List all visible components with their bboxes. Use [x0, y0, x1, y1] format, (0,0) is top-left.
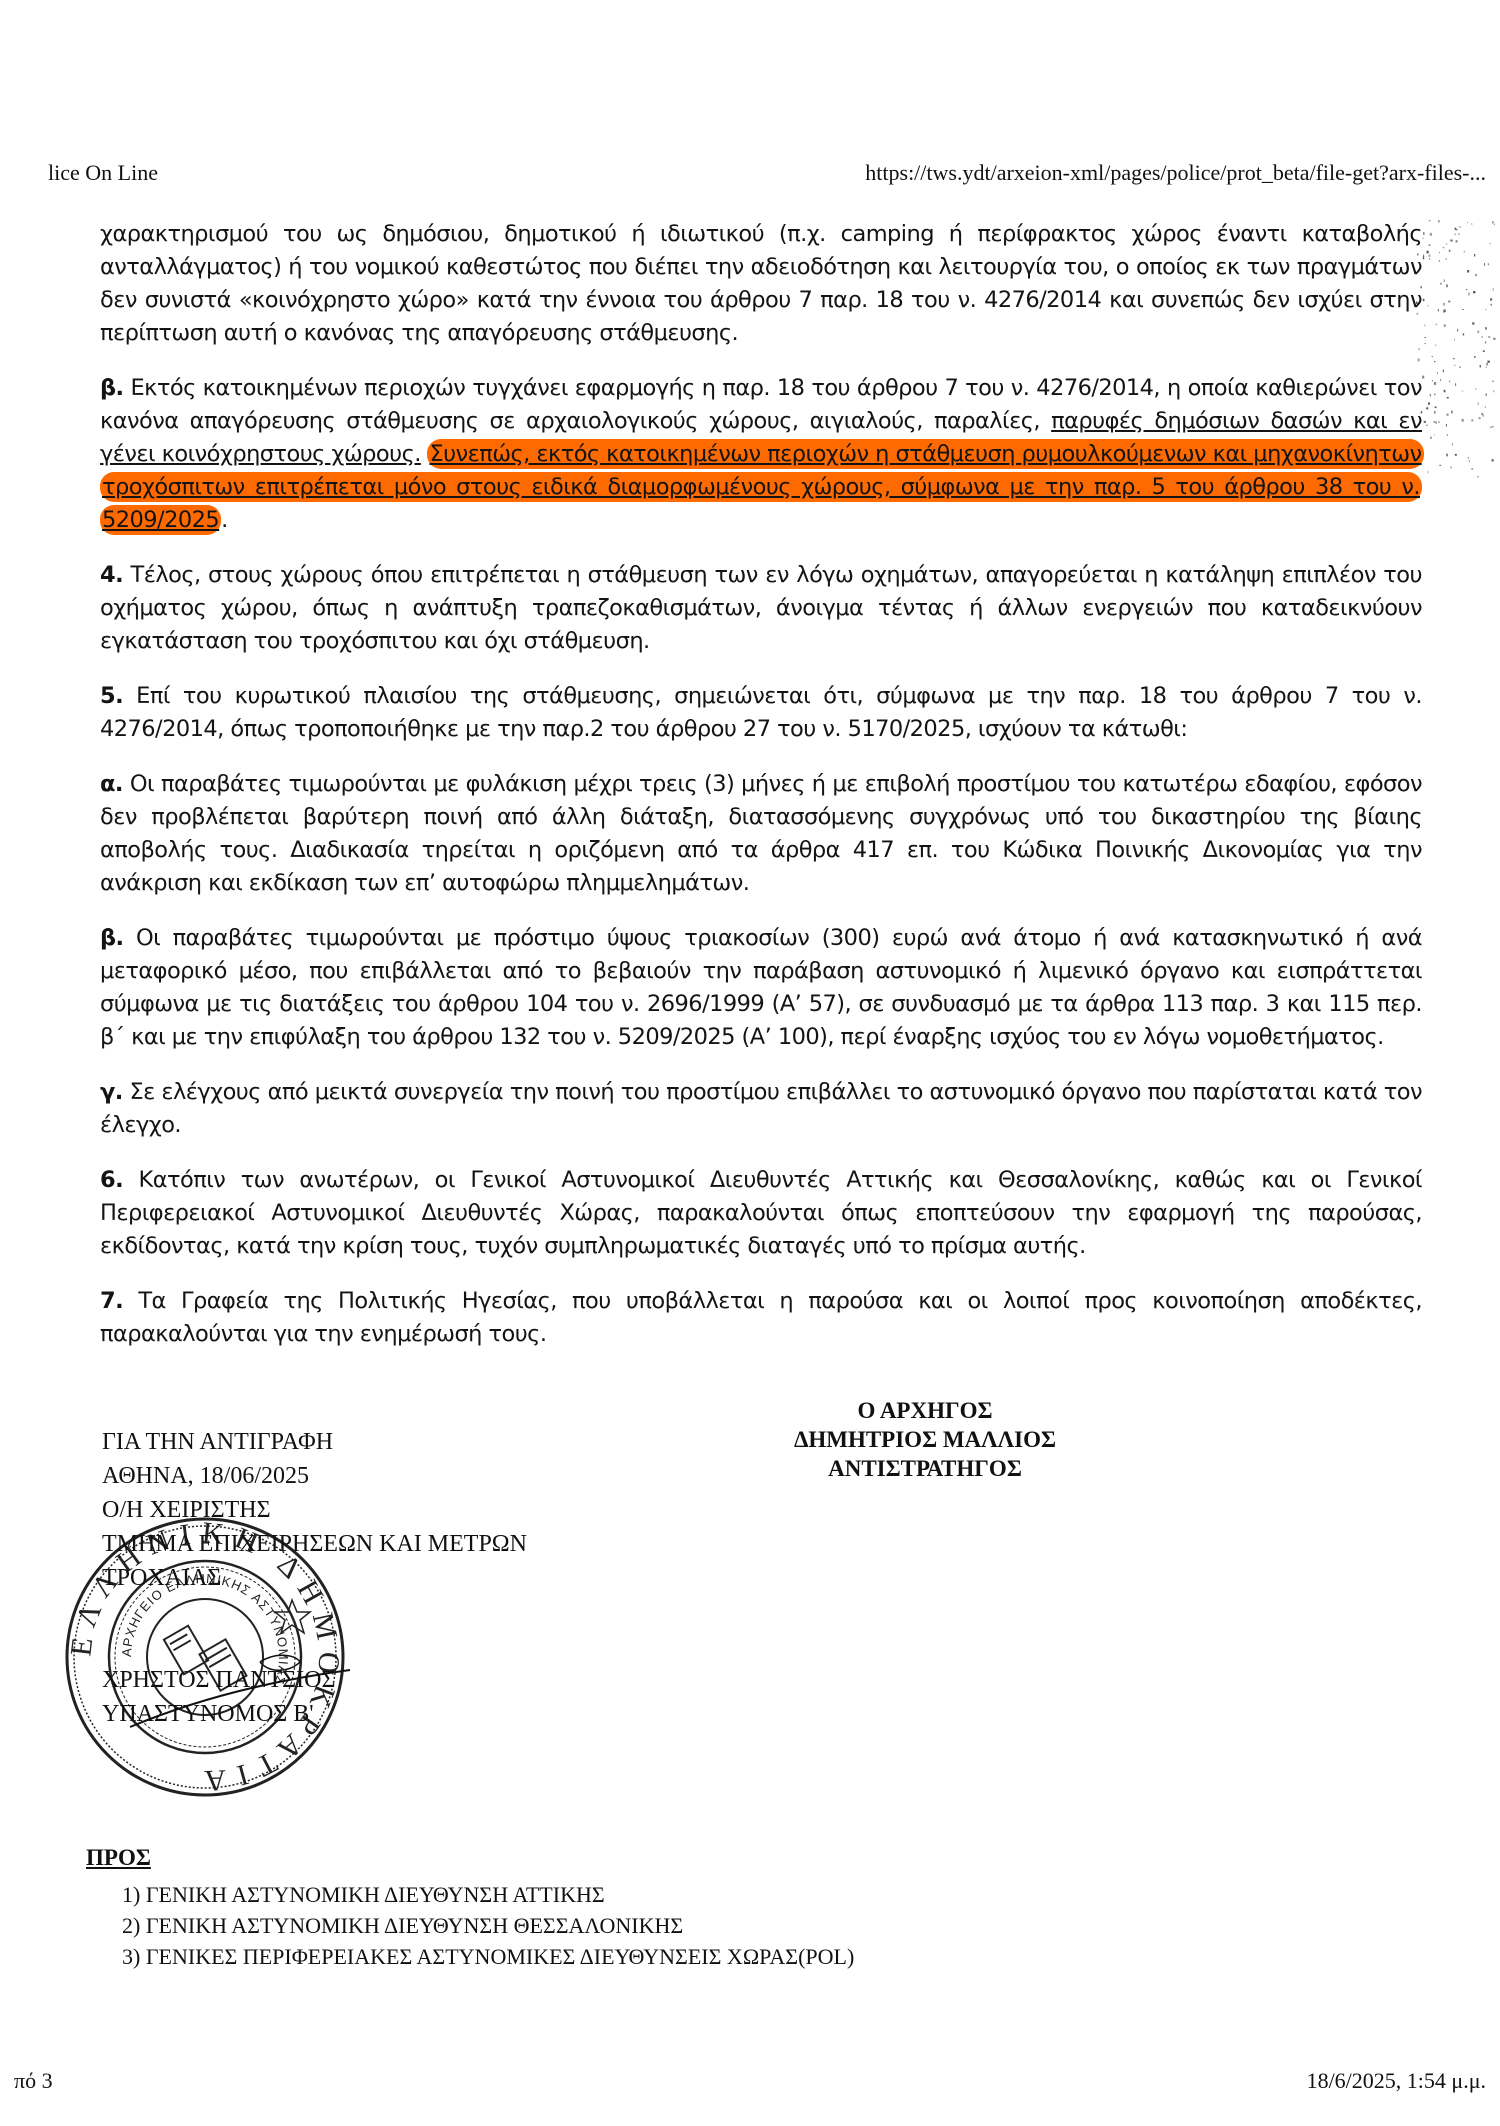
paragraph-label: 5. [100, 683, 123, 709]
recipients-block: ΠΡΟΣ 1) ΓΕΝΙΚΗ ΑΣΤΥΝΟΜΙΚΗ ΔΙΕΥΘΥΝΣΗ ΑΤΤΙ… [86, 1842, 854, 1972]
spacer [102, 1595, 527, 1629]
recipient-item: 1) ΓΕΝΙΚΗ ΑΣΤΥΝΟΜΙΚΗ ΔΙΕΥΘΥΝΣΗ ΑΤΤΙΚΗΣ [86, 1879, 854, 1910]
paragraph-3b: β. Εκτός κατοικημένων περιοχών τυγχάνει … [100, 372, 1422, 537]
recipients-title: ΠΡΟΣ [86, 1842, 854, 1873]
recipient-item: 2) ΓΕΝΙΚΗ ΑΣΤΥΝΟΜΙΚΗ ΔΙΕΥΘΥΝΣΗ ΘΕΣΣΑΛΟΝΙ… [86, 1910, 854, 1941]
paragraph-5a: α. Οι παραβάτες τιμωρούνται με φυλάκιση … [100, 768, 1422, 900]
copy-line: ΤΡΟΧΑΙΑΣ [102, 1561, 527, 1595]
page-number: πό 3 [14, 2068, 53, 2094]
paragraph-label: γ. [100, 1079, 123, 1105]
copy-certification: ΓΙΑ ΤΗΝ ΑΝΤΙΓΡΑΦΗ ΑΘΗΝΑ, 18/06/2025 Ο/Η … [102, 1425, 527, 1731]
paragraph-label: 4. [100, 562, 123, 588]
paragraph-label: 6. [100, 1167, 123, 1193]
recipient-item: 3) ΓΕΝΙΚΕΣ ΠΕΡΙΦΕΡΕΙΑΚΕΣ ΑΣΤΥΝΟΜΙΚΕΣ ΔΙΕ… [86, 1941, 854, 1972]
document-page: lice On Line https://tws.ydt/arxeion-xml… [0, 0, 1500, 2126]
paragraph-5: 5. Επί του κυρωτικού πλαισίου της στάθμε… [100, 680, 1422, 746]
copy-line: Ο/Η ΧΕΙΡΙΣΤΗΣ [102, 1493, 527, 1527]
paragraph-7: 7. Τα Γραφεία της Πολιτικής Ηγεσίας, που… [100, 1285, 1422, 1351]
paragraph-5b: β. Οι παραβάτες τιμωρούνται με πρόστιμο … [100, 922, 1422, 1054]
signer-rank: ΑΝΤΙΣΤΡΑΤΗΓΟΣ [760, 1454, 1090, 1483]
site-title: lice On Line [48, 160, 158, 186]
signer-name: ΔΗΜΗΤΡΙΟΣ ΜΑΛΛΙΟΣ [760, 1425, 1090, 1454]
paragraph-label: β. [100, 925, 124, 951]
print-footer: πό 3 18/6/2025, 1:54 μ.μ. [14, 2068, 1486, 2098]
paragraph-5c: γ. Σε ελέγχους από μεικτά συνεργεία την … [100, 1076, 1422, 1142]
paragraph-continuation: χαρακτηρισμού του ως δημόσιου, δημοτικού… [100, 218, 1422, 350]
page-url[interactable]: https://tws.ydt/arxeion-xml/pages/police… [865, 160, 1486, 186]
copy-line: ΤΜΗΜΑ ΕΠΙΧΕΙΡΗΣΕΩΝ ΚΑΙ ΜΕΤΡΩΝ [102, 1527, 527, 1561]
signature-block: Ο ΑΡΧΗΓΟΣ ΔΗΜΗΤΡΙΟΣ ΜΑΛΛΙΟΣ ΑΝΤΙΣΤΡΑΤΗΓΟ… [760, 1396, 1090, 1483]
spacer [102, 1629, 527, 1663]
copy-line: ΓΙΑ ΤΗΝ ΑΝΤΙΓΡΑΦΗ [102, 1425, 527, 1459]
scan-noise [1416, 220, 1496, 480]
paragraph-label: 7. [100, 1288, 123, 1314]
paragraph-6: 6. Κατόπιν των ανωτέρων, οι Γενικοί Αστυ… [100, 1164, 1422, 1263]
print-header: lice On Line https://tws.ydt/arxeion-xml… [48, 160, 1486, 190]
copy-signer-rank: ΥΠΑΣΤΥΝΟΜΟΣ Β' [102, 1697, 527, 1731]
copy-signer-name: ΧΡΗΣΤΟΣ ΠΑΝΤΣΙΟΣ [102, 1663, 527, 1697]
document-body: χαρακτηρισμού του ως δημόσιου, δημοτικού… [100, 218, 1422, 1373]
paragraph-label: α. [100, 771, 123, 797]
copy-date: ΑΘΗΝΑ, 18/06/2025 [102, 1459, 527, 1493]
paragraph-4: 4. Τέλος, στους χώρους όπου επιτρέπεται … [100, 559, 1422, 658]
print-timestamp: 18/6/2025, 1:54 μ.μ. [1307, 2068, 1486, 2094]
signer-title: Ο ΑΡΧΗΓΟΣ [760, 1396, 1090, 1425]
paragraph-label: β. [100, 375, 124, 401]
